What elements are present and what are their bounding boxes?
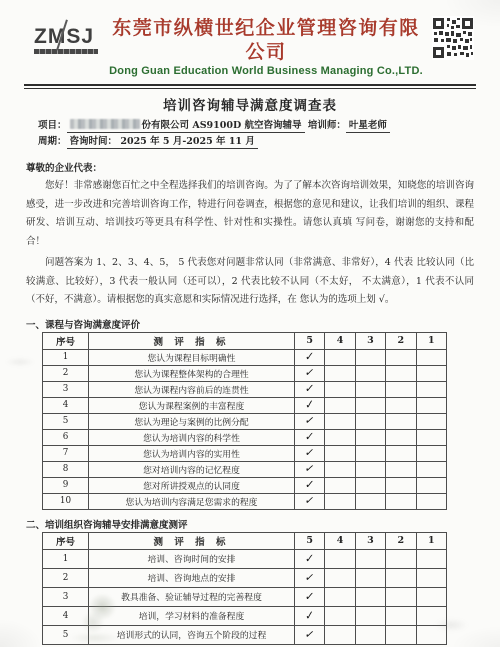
header-rule (24, 84, 476, 89)
rating-cell-2 (386, 568, 416, 587)
column-header-rating-5: 5 (295, 532, 325, 549)
table-row: 3教具准备、验证辅导过程的完善程度✓ (43, 587, 447, 606)
checkmark-icon: ✓ (305, 552, 315, 564)
scan-stain (0, 356, 40, 368)
indicator-cell: 培训，学习材料的准备程度 (89, 606, 295, 625)
company-name-cn: 东莞市纵横世纪企业管理咨询有限公司 (106, 16, 426, 64)
table-row: 4您认为课程案例的丰富程度✓ (43, 397, 447, 413)
table-row: 2培训、咨询地点的安排✓ (43, 568, 447, 587)
checkmark-icon: ✓ (304, 463, 316, 475)
checkmark-icon: ✓ (304, 628, 316, 640)
indicator-cell: 教具准备、验证辅导过程的完善程度 (89, 587, 295, 606)
salutation: 尊敬的企业代表： (26, 160, 474, 174)
rating-cell-1 (416, 429, 446, 445)
table-row: 7您认为培训内容的实用性✓ (43, 445, 447, 461)
rating-cell-5: ✓ (295, 477, 325, 493)
table-row: 4培训，学习材料的准备程度✓ (43, 606, 447, 625)
indicator-cell: 您对所讲授观点的认同度 (89, 477, 295, 493)
indicator-cell: 培训形式的认同，咨询五个阶段的过程 (89, 625, 295, 644)
rating-cell-3 (355, 445, 385, 461)
checkmark-icon: ✓ (304, 571, 315, 582)
rating-cell-2 (386, 381, 416, 397)
column-header-rating-2: 2 (386, 532, 416, 549)
qr-code-icon (432, 16, 474, 60)
table-header-row: 序号测 评 指 标54321 (43, 532, 447, 549)
rating-cell-3 (355, 606, 385, 625)
page-title: 培训咨询辅导满意度调查表 (0, 94, 500, 114)
rating-cell-5: ✓ (295, 606, 325, 625)
rating-cell-3 (355, 461, 385, 477)
table-row: 8您对培训内容的记忆程度✓ (43, 461, 447, 477)
rating-cell-4 (325, 413, 355, 429)
redacted-company-name (70, 119, 140, 129)
rating-cell-2 (386, 625, 416, 644)
column-header-no: 序号 (43, 532, 89, 549)
indicator-cell: 您对培训内容的记忆程度 (89, 461, 295, 477)
consult-time-label: 咨询时间： (70, 136, 118, 147)
row-number-cell: 1 (43, 349, 89, 365)
rating-cell-4 (325, 397, 355, 413)
rating-cell-5: ✓ (295, 568, 325, 587)
row-number-cell: 2 (43, 365, 89, 381)
checkmark-icon: ✓ (305, 609, 315, 622)
checkmark-icon: ✓ (304, 495, 316, 507)
rating-cell-5: ✓ (295, 349, 325, 365)
column-header-rating-1: 1 (416, 532, 446, 549)
checkmark-icon: ✓ (305, 479, 315, 491)
table-row: 9您对所讲授观点的认同度✓ (43, 477, 447, 493)
column-header-rating-3: 3 (355, 332, 385, 349)
row-number-cell: 9 (43, 477, 89, 493)
row-number-cell: 4 (43, 606, 89, 625)
rating-cell-5: ✓ (295, 587, 325, 606)
logo-text: ZMSJ (34, 26, 106, 48)
column-header-rating-4: 4 (325, 532, 355, 549)
checkmark-icon: ✓ (304, 415, 316, 427)
rating-cell-4 (325, 445, 355, 461)
rating-cell-1 (416, 397, 446, 413)
rating-cell-2 (386, 349, 416, 365)
rating-cell-5: ✓ (295, 625, 325, 644)
rating-cell-3 (355, 397, 385, 413)
rating-cell-4 (325, 606, 355, 625)
rating-cell-2 (386, 461, 416, 477)
indicator-cell: 您认为课程目标明确性 (89, 349, 295, 365)
rating-cell-1 (416, 365, 446, 381)
rating-cell-1 (416, 349, 446, 365)
checkmark-icon: ✓ (305, 590, 315, 601)
trainer-label: 培训师： (308, 120, 346, 131)
row-number-cell: 7 (43, 445, 89, 461)
rating-cell-1 (416, 493, 446, 509)
form-meta: 项目：份有限公司 AS9100D 航空咨询辅导 培训师：叶星老师 周期：咨询时间… (38, 118, 474, 150)
row-number-cell: 1 (43, 549, 89, 568)
rating-cell-3 (355, 477, 385, 493)
company-name-block: 东莞市纵横世纪企业管理咨询有限公司 Dong Guan Education Wo… (106, 16, 432, 79)
period-label: 周期： (38, 136, 67, 147)
rating-cell-1 (416, 477, 446, 493)
checkmark-icon: ✓ (304, 447, 315, 458)
column-header-indicator: 测 评 指 标 (89, 532, 295, 549)
row-number-cell: 4 (43, 397, 89, 413)
indicator-cell: 您认为培训内容的科学性 (89, 429, 295, 445)
row-number-cell: 5 (43, 625, 89, 644)
column-header-rating-5: 5 (295, 332, 325, 349)
checkmark-icon: ✓ (305, 383, 315, 394)
rating-cell-5: ✓ (295, 413, 325, 429)
table-row: 2您认为课程整体架构的合理性✓ (43, 365, 447, 381)
indicator-cell: 您认为课程内容前后的连贯性 (89, 381, 295, 397)
project-line: 项目：份有限公司 AS9100D 航空咨询辅导 培训师：叶星老师 (38, 118, 474, 134)
rating-cell-1 (416, 568, 446, 587)
letterhead: ZMSJ 东莞市纵横世纪企业管理咨询有限公司 Dong Guan Educati… (0, 0, 500, 79)
project-label: 项目： (38, 120, 67, 131)
column-header-no: 序号 (43, 332, 89, 349)
column-header-indicator: 测 评 指 标 (89, 332, 295, 349)
rating-cell-2 (386, 587, 416, 606)
table-row: 6您认为培训内容的科学性✓ (43, 429, 447, 445)
rating-cell-5: ✓ (295, 493, 325, 509)
column-header-rating-2: 2 (386, 332, 416, 349)
company-name-en: Dong Guan Education World Business Manag… (106, 64, 426, 79)
rating-cell-2 (386, 413, 416, 429)
checkmark-icon: ✓ (304, 367, 315, 378)
rating-cell-2 (386, 477, 416, 493)
rating-cell-5: ✓ (295, 429, 325, 445)
rating-cell-5: ✓ (295, 461, 325, 477)
period-line: 周期：咨询时间： 2025 年 5 月-2025 年 11 月 (38, 134, 474, 150)
rating-cell-1 (416, 445, 446, 461)
table-row: 3您认为课程内容前后的连贯性✓ (43, 381, 447, 397)
table-row: 1培训、咨询时间的安排✓ (43, 549, 447, 568)
indicator-cell: 培训、咨询时间的安排 (89, 549, 295, 568)
rating-cell-5: ✓ (295, 381, 325, 397)
company-logo: ZMSJ (34, 26, 106, 54)
checkmark-icon: ✓ (305, 431, 315, 443)
rating-cell-4 (325, 461, 355, 477)
rating-cell-3 (355, 381, 385, 397)
rating-cell-4 (325, 477, 355, 493)
column-header-rating-3: 3 (355, 532, 385, 549)
table-row: 5您认为理论与案例的比例分配✓ (43, 413, 447, 429)
intro-paragraph: 您好！非常感谢您百忙之中全程选择我们的培训咨询。为了了解本次咨询培训效果，知晓您… (26, 177, 474, 251)
indicator-cell: 您认为理论与案例的比例分配 (89, 413, 295, 429)
column-header-rating-4: 4 (325, 332, 355, 349)
consult-time-value: 2025 年 5 月-2025 年 11 月 (120, 136, 255, 147)
rating-cell-4 (325, 349, 355, 365)
rating-cell-2 (386, 606, 416, 625)
rating-cell-5: ✓ (295, 549, 325, 568)
table-row: 10您认为培训内容满足您需求的程度✓ (43, 493, 447, 509)
organization-satisfaction-table: 序号测 评 指 标543211培训、咨询时间的安排✓2培训、咨询地点的安排✓3教… (42, 532, 447, 645)
rating-cell-4 (325, 549, 355, 568)
rating-cell-3 (355, 349, 385, 365)
rating-cell-3 (355, 587, 385, 606)
rating-cell-1 (416, 381, 446, 397)
indicator-cell: 您认为课程整体架构的合理性 (89, 365, 295, 381)
table-header-row: 序号测 评 指 标54321 (43, 332, 447, 349)
indicator-cell: 您认为培训内容的实用性 (89, 445, 295, 461)
checkmark-icon: ✓ (305, 350, 315, 362)
rating-cell-2 (386, 397, 416, 413)
rating-cell-4 (325, 625, 355, 644)
logo-banner (34, 49, 98, 54)
rating-cell-1 (416, 625, 446, 644)
indicator-cell: 您认为课程案例的丰富程度 (89, 397, 295, 413)
rating-cell-3 (355, 429, 385, 445)
rating-cell-4 (325, 568, 355, 587)
project-value: 份有限公司 AS9100D 航空咨询辅导 (142, 120, 302, 131)
table-row: 1您认为课程目标明确性✓ (43, 349, 447, 365)
rating-cell-3 (355, 365, 385, 381)
indicator-cell: 培训、咨询地点的安排 (89, 568, 295, 587)
row-number-cell: 8 (43, 461, 89, 477)
rating-cell-5: ✓ (295, 397, 325, 413)
column-header-rating-1: 1 (416, 332, 446, 349)
rating-cell-4 (325, 381, 355, 397)
indicator-cell: 您认为培训内容满足您需求的程度 (89, 493, 295, 509)
rating-cell-4 (325, 365, 355, 381)
instructions-paragraph: 问题答案为 1、2、3、4、5， 5 代表您对问题非常认同（非常满意、非常好），… (26, 254, 474, 310)
rating-cell-1 (416, 413, 446, 429)
rating-cell-1 (416, 606, 446, 625)
rating-cell-5: ✓ (295, 365, 325, 381)
rating-cell-3 (355, 413, 385, 429)
section-2-heading: 二、培训组织咨询辅导安排满意度测评 (26, 517, 474, 531)
rating-cell-2 (386, 365, 416, 381)
rating-cell-3 (355, 493, 385, 509)
trainer-value: 叶星老师 (346, 120, 390, 133)
rating-cell-2 (386, 549, 416, 568)
table-row: 5培训形式的认同，咨询五个阶段的过程✓ (43, 625, 447, 644)
rating-cell-1 (416, 587, 446, 606)
row-number-cell: 2 (43, 568, 89, 587)
rating-cell-1 (416, 549, 446, 568)
rating-cell-4 (325, 493, 355, 509)
row-number-cell: 3 (43, 587, 89, 606)
checkmark-icon: ✓ (305, 398, 315, 411)
rating-cell-2 (386, 493, 416, 509)
row-number-cell: 10 (43, 493, 89, 509)
scanned-survey-page: ZMSJ 东莞市纵横世纪企业管理咨询有限公司 Dong Guan Educati… (0, 0, 500, 647)
rating-cell-2 (386, 445, 416, 461)
row-number-cell: 6 (43, 429, 89, 445)
rating-cell-2 (386, 429, 416, 445)
rating-cell-1 (416, 461, 446, 477)
row-number-cell: 3 (43, 381, 89, 397)
row-number-cell: 5 (43, 413, 89, 429)
section-1-heading: 一、课程与咨询满意度评价 (26, 317, 474, 331)
rating-cell-5: ✓ (295, 445, 325, 461)
rating-cell-3 (355, 549, 385, 568)
rating-cell-4 (325, 429, 355, 445)
rating-cell-3 (355, 568, 385, 587)
rating-cell-4 (325, 587, 355, 606)
course-satisfaction-table: 序号测 评 指 标543211您认为课程目标明确性✓2您认为课程整体架构的合理性… (42, 332, 447, 510)
rating-cell-3 (355, 625, 385, 644)
